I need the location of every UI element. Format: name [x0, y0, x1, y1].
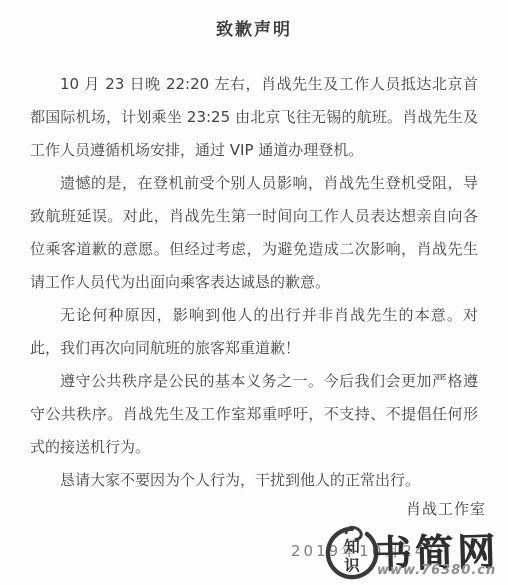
document-title: 致歉声明: [0, 0, 508, 40]
paragraph-public-order: 遵守公共秩序是公民的基本义务之一。今后我们会更加严格遵守公共秩序。肖战先生及工作…: [30, 365, 478, 464]
paragraph-apology: 无论何种原因，影响到他人的出行并非肖战先生的本意。对此，我们再次向同航班的旅客郑…: [30, 299, 478, 365]
stamp-char-bottom: 识: [344, 556, 360, 574]
stamp-char-top: 知: [344, 537, 360, 556]
watermark-site-url: www.76380.cn: [377, 563, 496, 578]
paragraph-request: 恳请大家不要因为个人行为，干扰到他人的正常出行。: [30, 464, 478, 497]
watermark: 知 识 书简网 www.76380.cn: [285, 522, 508, 585]
apology-statement-document: 致歉声明 10 月 23 日晚 22:20 左右，肖战先生及工作人员抵达北京首都…: [0, 0, 508, 585]
date-line: 2019年10月24日 知 识 书简网 www.76380.cn: [285, 537, 508, 585]
signature-studio-name: 肖战工作室: [406, 498, 486, 519]
paragraph-incident: 遗憾的是，在登机前受个别人员影响，肖战先生登机受阻，导致航班延误。对此，肖战先生…: [30, 167, 478, 299]
paragraph-arrival: 10 月 23 日晚 22:20 左右，肖战先生及工作人员抵达北京首都国际机场，…: [30, 68, 478, 167]
document-body: 10 月 23 日晚 22:20 左右，肖战先生及工作人员抵达北京首都国际机场，…: [30, 68, 478, 497]
